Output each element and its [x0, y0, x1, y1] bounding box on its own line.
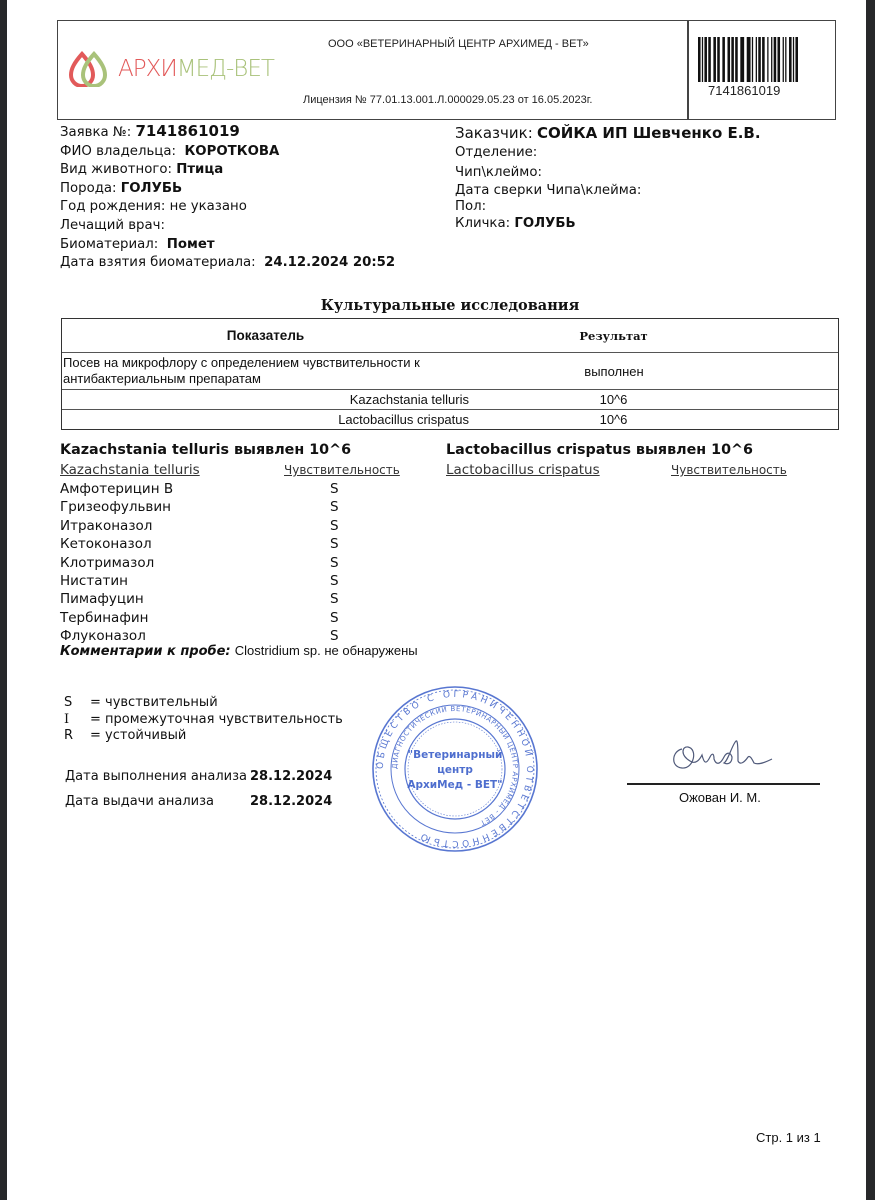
organization-name: ООО «ВЕТЕРИНАРНЫЙ ЦЕНТР АРХИМЕД - ВЕТ»: [328, 38, 589, 50]
drug-name: Клотримазол: [60, 555, 154, 571]
drug-sensitivity: S: [330, 498, 339, 516]
drug-row: Амфотерицин ВS: [60, 480, 440, 498]
drug-row: ГризеофульвинS: [60, 498, 440, 516]
analysis-dates: Дата выполнения анализа28.12.2024 Дата в…: [65, 764, 332, 814]
drug-row: НистатинS: [60, 572, 440, 590]
drug-name: Итраконазол: [60, 518, 152, 534]
sensitivity-block-kazachstania: Kazachstania telluris выявлен 10^6 Kazac…: [60, 442, 440, 646]
sex-row: Пол:: [455, 199, 761, 215]
drug-name: Флуконазол: [60, 628, 146, 644]
logo: АРХИМЕД-ВЕТ: [68, 51, 274, 87]
results-table: Показатель Результат Посев на микрофлору…: [61, 318, 839, 430]
viewer-edge-right: [866, 0, 875, 1200]
sensitivity-column-headers: Kazachstania telluris Чувствительность: [60, 462, 440, 480]
drug-name: Гризеофульвин: [60, 499, 171, 515]
legend-item: S= чувствительный: [64, 695, 343, 712]
customer-row: Заказчик: СОЙКА ИП Шевченко Е.В.: [455, 124, 761, 144]
species-row: Вид животного: Птица: [60, 161, 395, 180]
drug-list: Амфотерицин ВSГризеофульвинSИтраконазолS…: [60, 480, 440, 646]
animal-name: ГОЛУБЬ: [514, 216, 575, 231]
sensitivity-title: Lactobacillus crispatus выявлен 10^6: [446, 442, 846, 462]
table-row: Lactobacillus crispatus 10^6: [62, 409, 838, 429]
signature-line: [627, 783, 820, 785]
barcode: [698, 37, 798, 82]
drug-row: КлотримазолS: [60, 554, 440, 572]
section-title: Культуральные исследования: [0, 297, 875, 314]
drug-name: Пимафуцин: [60, 591, 144, 607]
owner-name: КОРОТКОВА: [184, 144, 279, 159]
sensitivity-legend: S= чувствительный I= промежуточная чувст…: [64, 695, 343, 745]
legend-item: I= промежуточная чувствительность: [64, 712, 343, 729]
license-info: Лицензия № 77.01.13.001.Л.000029.05.23 о…: [303, 94, 592, 106]
drug-row: ТербинафинS: [60, 609, 440, 627]
document-header: АРХИМЕД-ВЕТ ООО «ВЕТЕРИНАРНЫЙ ЦЕНТР АРХИ…: [57, 20, 836, 120]
table-row: Посев на микрофлору с определением чувст…: [62, 352, 838, 389]
drug-sensitivity: S: [330, 535, 339, 553]
birth-value: не указано: [170, 199, 247, 214]
header-indicator: Показатель: [62, 328, 469, 343]
department-row: Отделение:: [455, 144, 761, 164]
completed-date-row: Дата выполнения анализа28.12.2024: [65, 764, 332, 789]
breed-row: Порода: ГОЛУБЬ: [60, 180, 395, 199]
drug-sensitivity: S: [330, 590, 339, 608]
doctor-row: Лечащий врач:: [60, 217, 395, 236]
logo-drops-icon: [68, 51, 114, 87]
page-number: Стр. 1 из 1: [756, 1130, 821, 1145]
svg-text:АрхиМед - ВЕТ": АрхиМед - ВЕТ": [407, 779, 502, 791]
barcode-number: 7141861019: [708, 83, 780, 98]
svg-text:"Ветеринарный: "Ветеринарный: [408, 749, 503, 761]
birth-row: Год рождения: не указано: [60, 198, 395, 217]
drug-row: ПимафуцинS: [60, 590, 440, 608]
client-info: Заказчик: СОЙКА ИП Шевченко Е.В. Отделен…: [455, 124, 761, 233]
order-number: 7141861019: [135, 122, 239, 140]
table-row: Kazachstania telluris 10^6: [62, 389, 838, 409]
drug-row: ИтраконазолS: [60, 517, 440, 535]
issued-date-row: Дата выдачи анализа28.12.2024: [65, 789, 332, 814]
drug-sensitivity: S: [330, 517, 339, 535]
svg-text:центр: центр: [437, 764, 473, 776]
name-row: Кличка: ГОЛУБЬ: [455, 215, 761, 234]
sample-date-value: 24.12.2024 20:52: [264, 255, 395, 270]
patient-info: Заявка №: 7141861019 ФИО владельца: КОРО…: [60, 122, 395, 273]
drug-sensitivity: S: [330, 480, 339, 498]
customer-value: СОЙКА ИП Шевченко Е.В.: [537, 124, 761, 142]
drug-name: Кетоконазол: [60, 536, 152, 552]
chip-check-row: Дата сверки Чипа\клейма:: [455, 183, 761, 199]
owner-row: ФИО владельца: КОРОТКОВА: [60, 143, 395, 162]
sample-date-row: Дата взятия биоматериала: 24.12.2024 20:…: [60, 254, 395, 273]
species-value: Птица: [176, 162, 223, 177]
drug-name: Амфотерицин В: [60, 481, 173, 497]
viewer-edge-left: [0, 0, 7, 1200]
breed-value: ГОЛУБЬ: [121, 181, 182, 196]
logo-text: АРХИМЕД-ВЕТ: [118, 56, 274, 82]
biomaterial-value: Помет: [167, 237, 215, 252]
sensitivity-block-lactobacillus: Lactobacillus crispatus выявлен 10^6 Lac…: [446, 442, 846, 480]
drug-sensitivity: S: [330, 609, 339, 627]
drug-name: Нистатин: [60, 573, 128, 589]
drug-row: КетоконазолS: [60, 535, 440, 553]
drug-name: Тербинафин: [60, 610, 148, 626]
sensitivity-title: Kazachstania telluris выявлен 10^6: [60, 442, 440, 462]
drug-sensitivity: S: [330, 572, 339, 590]
drug-sensitivity: S: [330, 554, 339, 572]
order-row: Заявка №: 7141861019: [60, 122, 395, 143]
header-result: Результат: [469, 329, 838, 343]
table-header: Показатель Результат: [62, 319, 838, 352]
legend-item: R= устойчивый: [64, 728, 343, 745]
signer-name: Ожован И. М.: [679, 790, 761, 805]
biomaterial-row: Биоматериал: Помет: [60, 236, 395, 255]
chip-row: Чип\клеймо:: [455, 164, 761, 183]
official-stamp: ОБЩЕСТВО С ОГРАНИЧЕННОЙ ОТВЕТСТВЕННОСТЬЮ…: [370, 685, 540, 853]
sample-comment: Комментарии к пробе: Clostridium sp. не …: [60, 643, 418, 659]
signature: [668, 735, 778, 775]
header-divider: [687, 21, 689, 119]
sensitivity-column-headers: Lactobacillus crispatus Чувствительность: [446, 462, 846, 480]
